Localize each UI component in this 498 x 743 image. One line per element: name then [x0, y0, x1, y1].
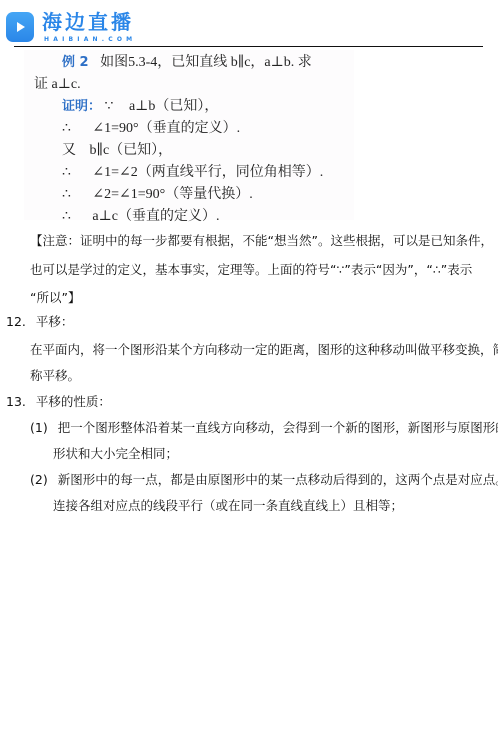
example-statement-cont: 证 a⊥c.: [34, 76, 81, 94]
proof-text: ∠1=90°（垂直的定义）.: [92, 121, 240, 136]
list-marker: (2): [30, 472, 48, 487]
proof-symbol: ∴: [62, 209, 71, 224]
header-divider: [14, 46, 483, 47]
list-item-text: 新图形中的每一点，都是由原图形中的某一点移动后得到的，这两个点是对应点。: [58, 472, 498, 487]
note-line-2: 也可以是学过的定义，基本事实，定理等。上面的符号“∵”表示“因为”，“∴”表示: [30, 262, 472, 278]
note-line-3: “所以”】: [30, 290, 80, 306]
proof-symbol: ∴: [62, 165, 71, 180]
proof-line: ∴ a⊥c（垂直的定义）.: [62, 208, 220, 226]
page-header: 海边直播 HAIBIAN.COM: [0, 0, 498, 48]
proof-line: 又 b∥c（已知），: [62, 142, 172, 160]
section-number: 13.: [6, 394, 26, 409]
proof-line: ∴ ∠1=90°（垂直的定义）.: [62, 120, 240, 138]
proof-symbol: ∴: [62, 187, 71, 202]
list-item-cont: 连接各组对应点的线段平行（或在同一条直线直线上）且相等；: [53, 498, 403, 514]
note-line-1: 【注意：证明中的每一步都要有根据，不能“想当然”。这些根据，可以是已知条件，: [30, 233, 493, 249]
section-title: 平移的性质：: [36, 394, 111, 409]
list-marker: (1): [30, 420, 48, 435]
proof-line: ∴ ∠2=∠1=90°（等量代换）.: [62, 186, 253, 204]
proof-line: ∴ ∠1=∠2（两直线平行，同位角相等）.: [62, 164, 323, 182]
list-item: (1) 把一个图形整体沿着某一直线方向移动，会得到一个新的图形，新图形与原图形的: [30, 420, 498, 436]
proof-text: a⊥b（已知），: [129, 99, 218, 114]
example-label: 例 2: [62, 55, 89, 70]
section-body-line-2: 称平移。: [30, 368, 80, 384]
proof-symbol: ∵: [105, 99, 114, 114]
brand-name: 海边直播: [42, 10, 134, 34]
section-heading: 13. 平移的性质：: [6, 394, 111, 410]
example-statement-text: 如图5.3-4，已知直线 b∥c，a⊥b. 求: [100, 55, 312, 70]
list-item: (2) 新图形中的每一点，都是由原图形中的某一点移动后得到的，这两个点是对应点。: [30, 472, 498, 488]
proof-text: b∥c（已知），: [90, 143, 173, 158]
play-icon: [6, 12, 34, 42]
list-item-cont: 形状和大小完全相同；: [53, 446, 178, 462]
section-body-line-1: 在平面内，将一个图形沿某个方向移动一定的距离，图形的这种移动叫做平移变换，简: [30, 342, 498, 358]
section-title: 平移：: [36, 314, 74, 329]
proof-text: a⊥c（垂直的定义）.: [92, 209, 219, 224]
section-heading: 12. 平移：: [6, 314, 73, 330]
list-item-text: 把一个图形整体沿着某一直线方向移动，会得到一个新的图形，新图形与原图形的: [58, 420, 498, 435]
proof-text: ∠1=∠2（两直线平行，同位角相等）.: [92, 165, 323, 180]
example-image: 例 2 如图5.3-4，已知直线 b∥c，a⊥b. 求 证 a⊥c. 证明： ∵…: [24, 50, 354, 220]
proof-line: 证明： ∵ a⊥b（已知），: [62, 98, 218, 116]
section-number: 12.: [6, 314, 26, 329]
example-statement: 例 2 如图5.3-4，已知直线 b∥c，a⊥b. 求: [62, 54, 312, 72]
proof-label: 证明：: [62, 99, 101, 114]
proof-symbol: ∴: [62, 121, 71, 136]
proof-text: ∠2=∠1=90°（等量代换）.: [92, 187, 252, 202]
brand-domain: HAIBIAN.COM: [44, 36, 136, 43]
proof-symbol: 又: [62, 143, 76, 158]
